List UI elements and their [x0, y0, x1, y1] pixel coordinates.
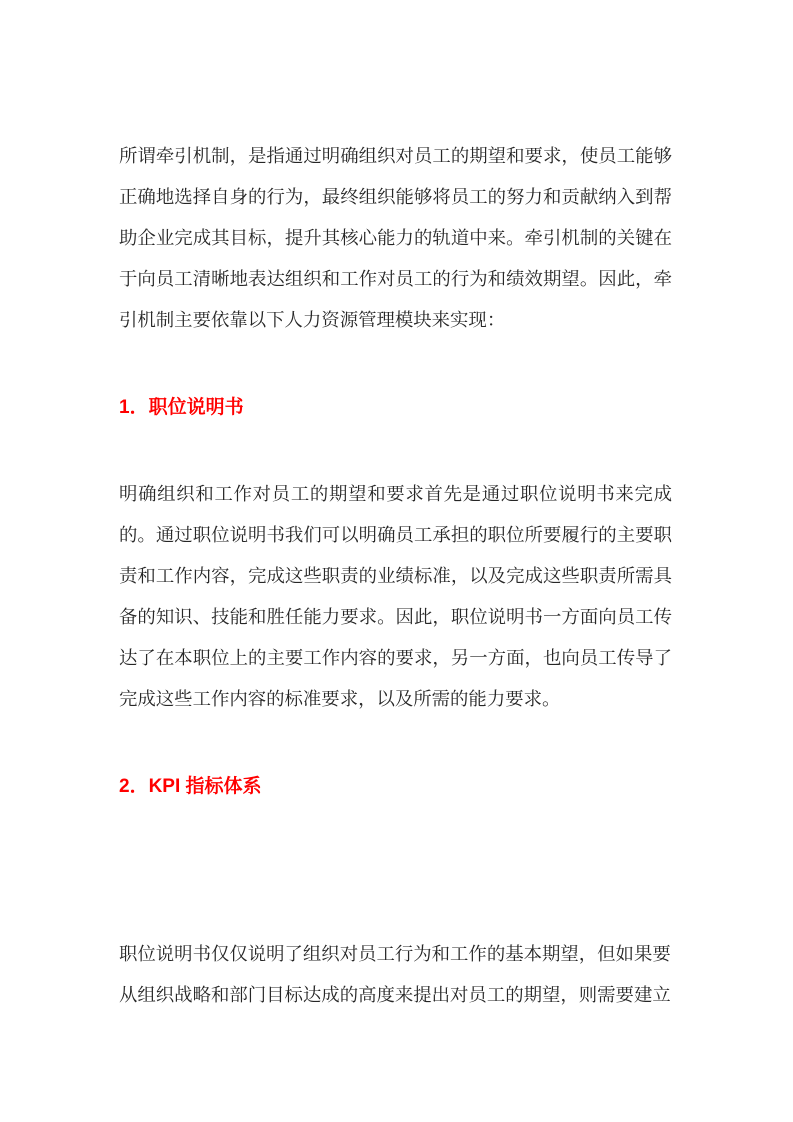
- document-page: 所谓牵引机制，是指通过明确组织对员工的期望和要求，使员工能够正确地选择自身的行为…: [0, 0, 793, 1122]
- section-1-heading: 1．职位说明书: [119, 387, 672, 428]
- document-content: 所谓牵引机制，是指通过明确组织对员工的期望和要求，使员工能够正确地选择自身的行为…: [119, 135, 672, 1015]
- section-2-heading: 2．KPI 指标体系: [119, 766, 672, 807]
- section-2-paragraph: 职位说明书仅仅说明了组织对员工行为和工作的基本期望，但如果要从组织战略和部门目标…: [119, 933, 672, 1015]
- intro-paragraph: 所谓牵引机制，是指通过明确组织对员工的期望和要求，使员工能够正确地选择自身的行为…: [119, 135, 672, 340]
- section-1-paragraph: 明确组织和工作对员工的期望和要求首先是通过职位说明书来完成的。通过职位说明书我们…: [119, 473, 672, 719]
